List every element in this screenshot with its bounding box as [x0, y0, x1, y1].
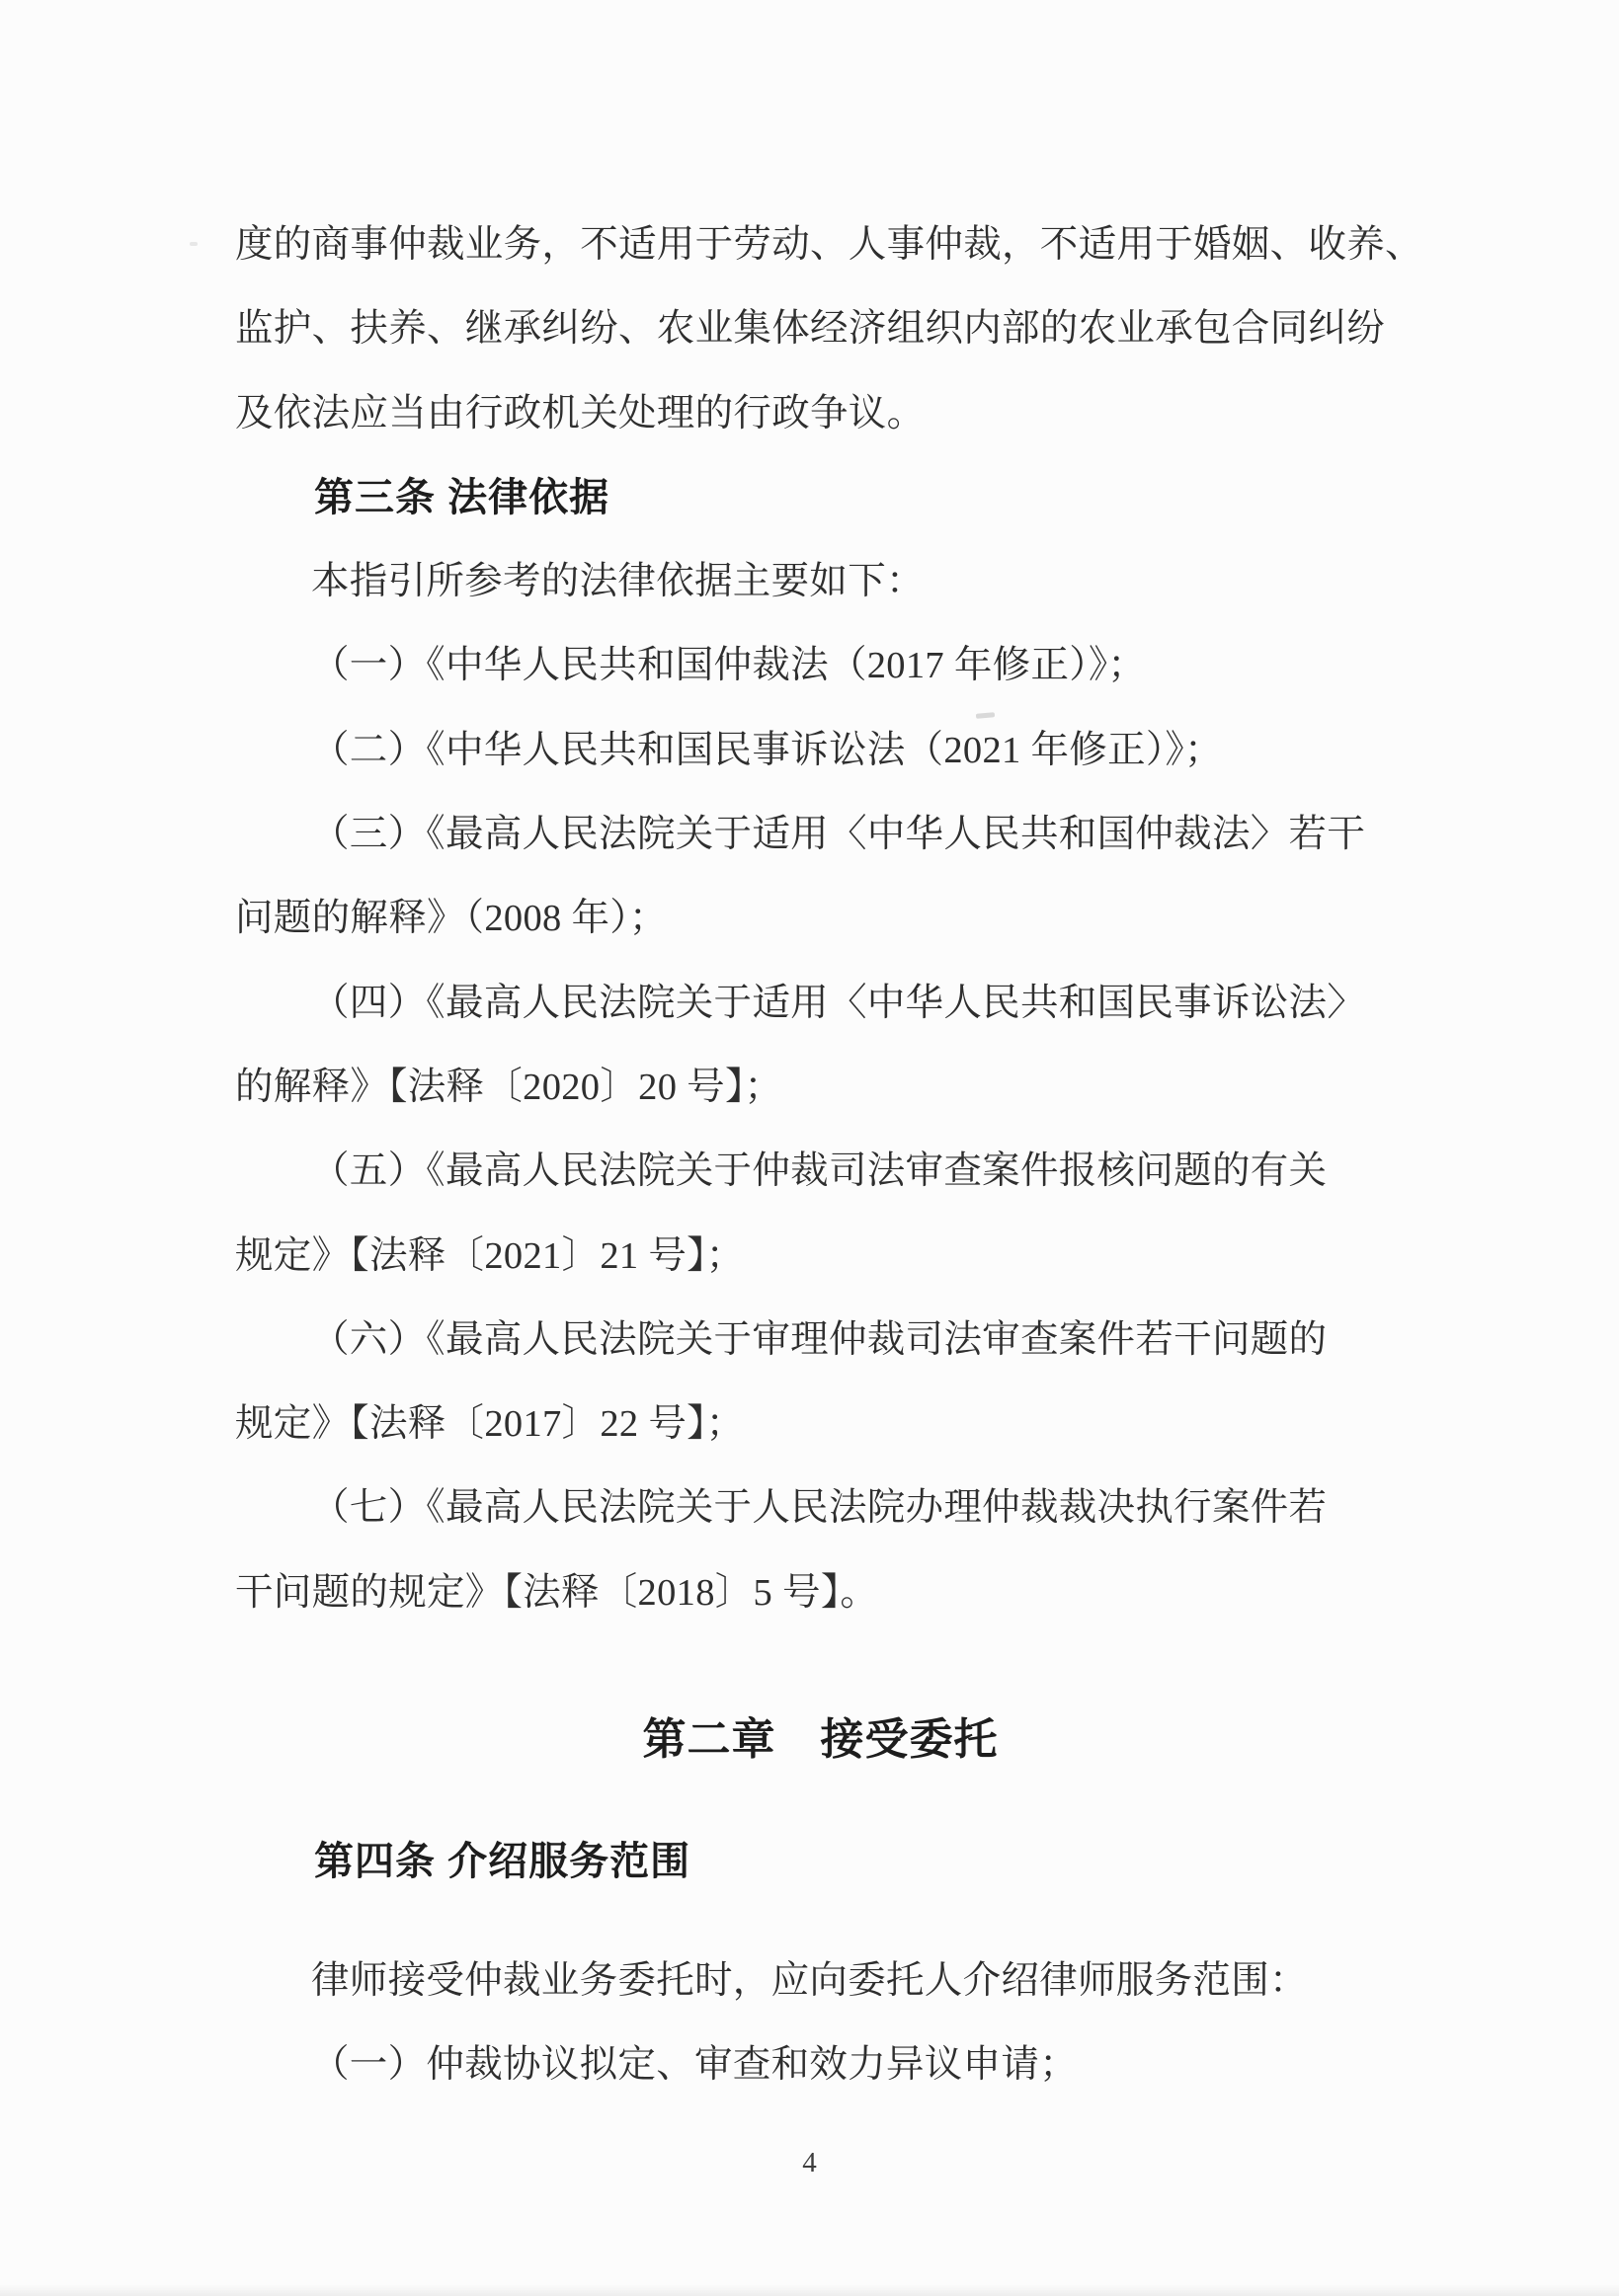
list-item-1: （一）仲裁协议拟定、审查和效力异议申请；	[235, 2023, 1406, 2107]
list-item-6: （六）《最高人民法院关于审理仲裁司法审查案件若干问题的	[235, 1299, 1406, 1383]
chapter-2-heading: 第二章 接受委托	[235, 1698, 1406, 1781]
body-line: 度的商事仲裁业务，不适用于劳动、人事仲裁，不适用于婚姻、收养、	[235, 203, 1406, 287]
list-item-5-continuation: 规定》【法释〔2021〕21 号】；	[235, 1215, 1406, 1299]
list-item-4-continuation: 的解释》【法释〔2020〕20 号】；	[235, 1046, 1406, 1130]
body-line: 及依法应当由行政机关处理的行政争议。	[235, 372, 1406, 456]
body-line: 监护、扶养、继承纠纷、农业集体经济组织内部的农业承包合同纠纷	[235, 287, 1406, 371]
article-3-heading: 第三条 法律依据	[235, 456, 1406, 540]
scan-edge-shadow	[0, 2284, 1619, 2296]
list-item-6-continuation: 规定》【法释〔2017〕22 号】；	[235, 1383, 1406, 1466]
list-item-3: （三）《最高人民法院关于适用〈中华人民共和国仲裁法〉若干	[235, 793, 1406, 877]
body-line: 律师接受仲裁业务委托时，应向委托人介绍律师服务范围：	[235, 1940, 1406, 2023]
text-block: 度的商事仲裁业务，不适用于劳动、人事仲裁，不适用于婚姻、收养、 监护、扶养、继承…	[235, 203, 1406, 2107]
scan-artifact-speck	[190, 242, 198, 246]
scanned-document-page: 度的商事仲裁业务，不适用于劳动、人事仲裁，不适用于婚姻、收养、 监护、扶养、继承…	[0, 0, 1619, 2296]
article-4-heading: 第四条 介绍服务范围	[235, 1820, 1406, 1904]
list-item-5: （五）《最高人民法院关于仲裁司法审查案件报核问题的有关	[235, 1130, 1406, 1214]
list-item-7-continuation: 干问题的规定》【法释〔2018〕5 号】。	[235, 1551, 1406, 1635]
list-item-2: （二）《中华人民共和国民事诉讼法（2021 年修正）》；	[235, 709, 1406, 793]
page-number: 4	[0, 2143, 1619, 2182]
list-item-4: （四）《最高人民法院关于适用〈中华人民共和国民事诉讼法〉	[235, 962, 1406, 1046]
list-item-7: （七）《最高人民法院关于人民法院办理仲裁裁决执行案件若	[235, 1466, 1406, 1550]
body-line: 本指引所参考的法律依据主要如下：	[235, 540, 1406, 624]
list-item-1: （一）《中华人民共和国仲裁法（2017 年修正）》；	[235, 624, 1406, 708]
list-item-3-continuation: 问题的解释》（2008 年）；	[235, 877, 1406, 961]
